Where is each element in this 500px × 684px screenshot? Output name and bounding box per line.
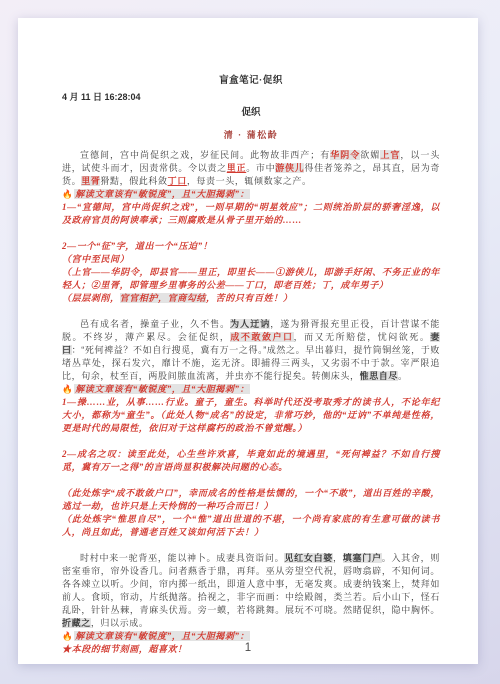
document-content: 盲盒笔记·促织 4 月 11 日 16:28:04 促织 清 · 蒲松龄 宣德间… bbox=[18, 18, 478, 656]
text-run: ，苦的只有百姓！） bbox=[206, 293, 292, 303]
annotation-header-text: 解读文章该有“敏锐度”，且“大胆揭剥”： bbox=[74, 384, 250, 394]
text-run: 。 bbox=[398, 371, 408, 381]
text-run: 2—成名之叹：读至此处，心生些许欢喜，毕竟如此的境遇里，“死何裨益？不如自行搜觅… bbox=[62, 449, 440, 472]
document-page: 盲盒笔记·促织 4 月 11 日 16:28:04 促织 清 · 蒲松龄 宣德间… bbox=[18, 18, 478, 664]
timestamp: 4 月 11 日 16:28:04 bbox=[62, 90, 440, 103]
desktop-background: 盲盒笔记·促织 4 月 11 日 16:28:04 促织 清 · 蒲松龄 宣德间… bbox=[0, 0, 500, 684]
highlighted-term: 折藏之 bbox=[62, 618, 91, 628]
highlighted-term: 里正 bbox=[227, 163, 246, 173]
annotation-line: 1—操……业，从事……行业。童子，童生。科举时代还没考取秀才的读书人，不论年纪大… bbox=[62, 396, 440, 435]
text-run: （此处炼字“成不敢敛户口”，幸而成名的性格是怯懦的，一个“不敢”，道出百姓的辛酸… bbox=[62, 488, 440, 511]
highlighted-term: 官官相护，官商勾结 bbox=[120, 293, 206, 303]
text-run: （宫中至民间） bbox=[62, 254, 129, 264]
annotation-header-2: 🔥解读文章该有“敏锐度”，且“大胆揭剥”： bbox=[62, 383, 440, 396]
author-line: 清 · 蒲松龄 bbox=[62, 128, 440, 141]
body-paragraph-2: 邑有成名者，操童子业，久不售。为人迂讷，遂为猾胥报充里正役，百计营谋不能脱。不终… bbox=[62, 318, 440, 383]
text-run: 2—一个“征”字，道出一个“压迫”！ bbox=[62, 241, 212, 251]
annotation-line: 2—成名之叹：读至此处，心生些许欢喜，毕竟如此的境遇里，“死何裨益？不如自行搜觅… bbox=[62, 448, 440, 474]
highlighted-term: 上官 bbox=[380, 150, 400, 160]
body-paragraph-1: 宣德间，宫中尚促织之戏，岁征民间。此物故非西产；有华阴令欲媚上官，以一头进，试使… bbox=[62, 149, 440, 188]
text-run: 时村中来一驼背巫，能以神卜。成妻具资诣问。 bbox=[80, 553, 284, 563]
document-body: 宣德间，宫中尚促织之戏，岁征民间。此物故非西产；有华阴令欲媚上官，以一头进，试使… bbox=[62, 149, 440, 656]
highlighted-term: 为人迂讷 bbox=[230, 319, 270, 329]
text-run: ， bbox=[333, 553, 343, 563]
annotation-line: 2—一个“征”字，道出一个“压迫”！ bbox=[62, 240, 440, 253]
text-run: ，每责一头，辄倾数家之产。 bbox=[187, 176, 312, 186]
highlighted-term: 惟思自尽 bbox=[360, 371, 398, 381]
page-number: 1 bbox=[18, 642, 478, 654]
text-run: 1—“宣德间，宫中尚促织之戏”，一则早期的“明星效应”；二则统治阶层的骄奢淫逸，… bbox=[62, 202, 440, 225]
text-run: ，归以示成。 bbox=[91, 618, 149, 628]
highlighted-term: 华阴令 bbox=[330, 150, 360, 160]
annotation-line: （此处炼字“成不敢敛户口”，幸而成名的性格是怯懦的，一个“不敢”，道出百姓的辛酸… bbox=[62, 487, 440, 513]
document-heading: 促织 bbox=[62, 104, 440, 118]
annotation-header-text: 解读文章该有“敏锐度”，且“大胆揭剥”： bbox=[74, 631, 250, 641]
fire-icon: 🔥 bbox=[62, 631, 73, 641]
text-run: （上官——华阴令，即县官——里正，即里长——①游侠儿，即游手好闲、不务正业的年轻… bbox=[62, 267, 440, 290]
highlighted-term: 见红女白婆 bbox=[284, 553, 333, 563]
text-run: （层层剥削， bbox=[62, 293, 120, 303]
text-run: 欲媚 bbox=[360, 150, 380, 160]
fire-icon: 🔥 bbox=[62, 384, 73, 394]
annotation-line: 1—“宣德间，宫中尚促织之戏”，一则早期的“明星效应”；二则统治阶层的骄奢淫逸，… bbox=[62, 201, 440, 227]
text-run: 猾黠，假此科敛 bbox=[100, 176, 167, 186]
highlighted-term: 填塞门户 bbox=[343, 553, 382, 563]
fire-icon: 🔥 bbox=[62, 189, 73, 199]
annotation-header-text: 解读文章该有“敏锐度”，且“大胆揭剥”： bbox=[74, 189, 250, 199]
annotation-header-1: 🔥解读文章该有“敏锐度”，且“大胆揭剥”： bbox=[62, 188, 440, 201]
highlighted-term: 丁口 bbox=[168, 176, 187, 186]
annotation-line: （宫中至民间） bbox=[62, 253, 440, 266]
text-run: ，而又无所赔偿，忧闷欲死。 bbox=[294, 332, 431, 342]
text-run: 邑有成名者，操童子业，久不售。 bbox=[80, 319, 230, 329]
highlighted-term: 游侠儿 bbox=[275, 163, 304, 173]
text-run: 1—操……业，从事……行业。童子，童生。科举时代还没考取秀才的读书人，不论年纪大… bbox=[62, 397, 440, 433]
highlighted-term: 里胥 bbox=[81, 176, 100, 186]
text-run: （此处炼字“惟思自尽”，一个“惟”道出世道的不堪，一个尚有家底的有生意可做的读书… bbox=[62, 514, 440, 537]
body-paragraph-3: 时村中来一驼背巫，能以神卜。成妻具资诣问。见红女白婆，填塞门户。入其舍，则密室垂… bbox=[62, 552, 440, 630]
text-run: 宣德间，宫中尚促织之戏，岁征民间。此物故非西产；有 bbox=[80, 150, 330, 160]
text-run: 。市中 bbox=[246, 163, 275, 173]
annotation-line: （层层剥削，官官相护，官商勾结，苦的只有百姓！） bbox=[62, 292, 440, 305]
highlighted-term: 成不敢敛户口 bbox=[230, 332, 293, 342]
annotation-line: （上官——华阴令，即县官——里正，即里长——①游侠儿，即游手好闲、不务正业的年轻… bbox=[62, 266, 440, 292]
annotation-line: （此处炼字“惟思自尽”，一个“惟”道出世道的不堪，一个尚有家底的有生意可做的读书… bbox=[62, 513, 440, 539]
page-title: 盲盒笔记·促织 bbox=[62, 72, 440, 86]
